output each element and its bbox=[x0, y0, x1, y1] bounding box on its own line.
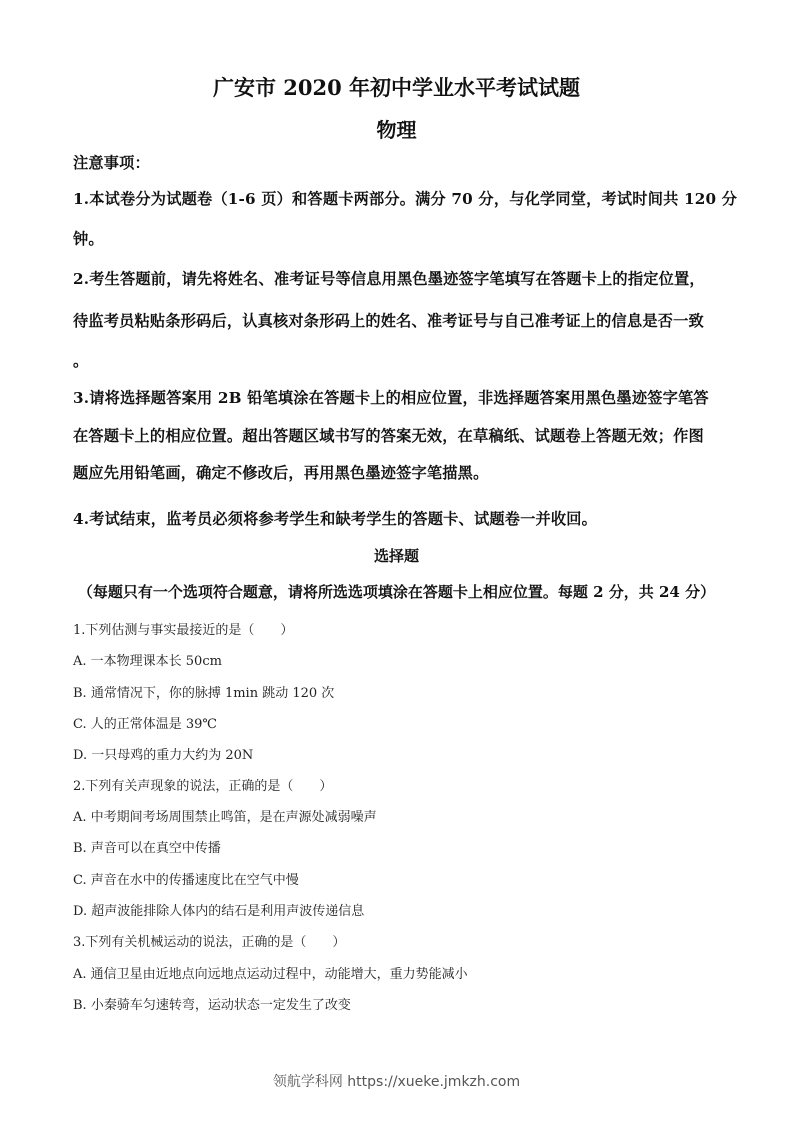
option-b: B. 声音可以在真空中传播 bbox=[73, 837, 221, 856]
question-stem: 2.下列有关声现象的说法，正确的是（ ） bbox=[73, 775, 332, 794]
section-title: 选择题 bbox=[0, 545, 793, 566]
option-a: A. 通信卫星由近地点向远地点运动过程中，动能增大，重力势能减小 bbox=[73, 963, 468, 982]
option-a: A. 中考期间考场周围禁止鸣笛，是在声源处减弱噪声 bbox=[73, 806, 377, 825]
option-c: C. 人的正常体温是 39℃ bbox=[73, 713, 217, 732]
option-d: D. 超声波能排除人体内的结石是利用声波传递信息 bbox=[73, 900, 364, 919]
footer-watermark[interactable]: 领航学科网 https://xueke.jmkzh.com bbox=[0, 1071, 793, 1091]
option-c: C. 声音在水中的传播速度比在空气中慢 bbox=[73, 869, 299, 888]
notice-line: 钟。 bbox=[73, 228, 104, 249]
option-b: B. 通常情况下，你的脉搏 1min 跳动 120 次 bbox=[73, 682, 334, 701]
notice-heading: 注意事项： bbox=[73, 152, 150, 173]
notice-line: 3.请将选择题答案用 2B 铅笔填涂在答题卡上的相应位置，非选择题答案用黑色墨迹… bbox=[73, 387, 709, 408]
option-d: D. 一只母鸡的重力大约为 20N bbox=[73, 744, 253, 763]
question-stem: 3.下列有关机械运动的说法，正确的是（ ） bbox=[73, 931, 345, 950]
notice-line: 2.考生答题前，请先将姓名、准考证号等信息用黑色墨迹签字笔填写在答题卡上的指定位… bbox=[73, 268, 705, 289]
subject-title: 物理 bbox=[0, 114, 793, 143]
notice-line: 待监考员粘贴条形码后，认真核对条形码上的姓名、准考证号与自己准考证上的信息是否一… bbox=[73, 310, 704, 331]
page-title: 广安市 2020 年初中学业水平考试试题 bbox=[0, 72, 793, 102]
notice-line: 1.本试卷分为试题卷（1-6 页）和答题卡两部分。满分 70 分，与化学同堂，考… bbox=[73, 188, 737, 209]
section-note: （每题只有一个选项符合题意，请将所选选项填涂在答题卡上相应位置。每题 2 分，共… bbox=[0, 581, 793, 602]
option-a: A. 一本物理课本长 50cm bbox=[73, 650, 222, 669]
notice-line: 题应先用铅笔画，确定不修改后，再用黑色墨迹签字笔描黑。 bbox=[73, 462, 488, 483]
notice-line: 4.考试结束，监考员必须将参考学生和缺考学生的答题卡、试题卷一并收回。 bbox=[73, 508, 597, 529]
notice-line: 。 bbox=[73, 350, 88, 371]
option-b: B. 小秦骑车匀速转弯，运动状态一定发生了改变 bbox=[73, 994, 351, 1013]
notice-line: 在答题卡上的相应位置。超出答题区域书写的答案无效，在草稿纸、试题卷上答题无效；作… bbox=[73, 425, 704, 446]
question-stem: 1.下列估测与事实最接近的是（ ） bbox=[73, 619, 293, 638]
